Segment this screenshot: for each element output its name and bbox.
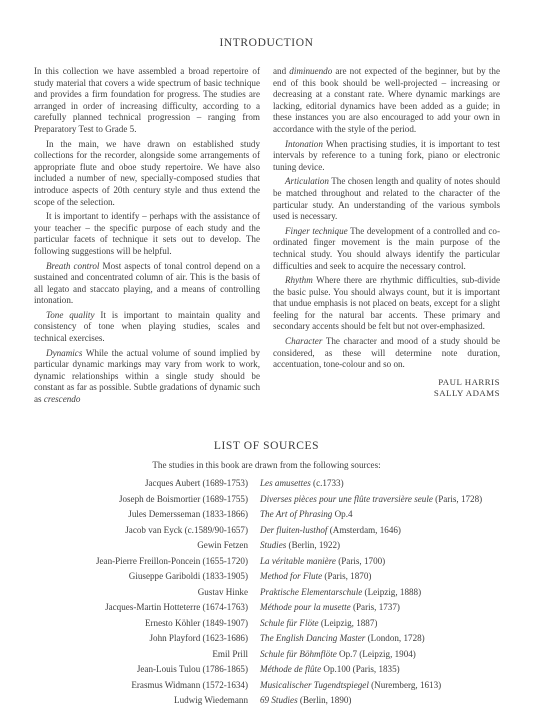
intro-paragraph-continuation: and diminuendo are not expected of the b…	[273, 66, 500, 136]
source-composer: Jacques-Martin Hotteterre (1674-1763)	[0, 600, 258, 616]
source-details: (Berlin, 1890)	[298, 695, 352, 705]
source-details: Op.7 (Leipzig, 1904)	[337, 649, 416, 659]
source-work: The Art of Phrasing Op.4	[258, 507, 533, 523]
source-work: The English Dancing Master (London, 1728…	[258, 631, 533, 647]
source-title: Diverses pièces pour une flûte traversiè…	[260, 494, 433, 504]
paragraph-heading: Rhythm	[285, 275, 313, 285]
source-row: Emil PrillSchule für Böhmflöte Op.7 (Lei…	[0, 647, 533, 663]
source-composer: Ernesto Köhler (1849-1907)	[0, 616, 258, 632]
source-title: The Art of Phrasing	[260, 509, 332, 519]
introduction-right-column: and diminuendo are not expected of the b…	[273, 66, 500, 400]
sources-intro: The studies in this book are drawn from …	[0, 460, 533, 470]
intro-paragraph-character: Character The character and mood of a st…	[273, 336, 500, 371]
intro-paragraph: In the main, we have drawn on establishe…	[34, 139, 260, 209]
paragraph-body: and	[273, 66, 289, 76]
intro-paragraph-intonation: Intonation When practising studies, it i…	[273, 139, 500, 174]
italic-term: crescendo	[44, 394, 81, 404]
source-row: Giuseppe Gariboldi (1833-1905)Method for…	[0, 569, 533, 585]
intro-paragraph-tone-quality: Tone quality It is important to maintain…	[34, 310, 260, 345]
paragraph-body: are not expected of the beginner, but by…	[273, 66, 500, 134]
source-row: Jacques Aubert (1689-1753)Les amusettes …	[0, 476, 533, 492]
source-composer: Jacques Aubert (1689-1753)	[0, 476, 258, 492]
source-row: Jacques-Martin Hotteterre (1674-1763)Mét…	[0, 600, 533, 616]
sources-list: Jacques Aubert (1689-1753)Les amusettes …	[0, 476, 533, 709]
paragraph-heading: Dynamics	[46, 348, 82, 358]
source-title: Musicalischer Tugendtspiegel	[260, 680, 369, 690]
author-signatures: PAUL HARRIS SALLY ADAMS	[273, 377, 500, 400]
source-row: Jean-Pierre Freillon-Poncein (1655-1720)…	[0, 554, 533, 570]
intro-paragraph-breath-control: Breath control Most aspects of tonal con…	[34, 261, 260, 307]
source-row: Gewin FetzenStudies (Berlin, 1922)	[0, 538, 533, 554]
source-composer: Jacob van Eyck (c.1589/90-1657)	[0, 523, 258, 539]
intro-paragraph-finger-technique: Finger technique The development of a co…	[273, 226, 500, 272]
intro-paragraph: It is important to identify – perhaps wi…	[34, 211, 260, 257]
author-name: PAUL HARRIS	[273, 377, 500, 389]
paragraph-heading: Intonation	[285, 139, 323, 149]
source-row: Joseph de Boismortier (1689-1755)Diverse…	[0, 492, 533, 508]
source-details: (Paris, 1870)	[322, 571, 371, 581]
source-row: Jean-Louis Tulou (1786-1865)Méthode de f…	[0, 662, 533, 678]
paragraph-heading: Articulation	[285, 176, 329, 186]
source-title: Schule für Flöte	[260, 618, 319, 628]
paragraph-heading: Finger technique	[285, 226, 348, 236]
source-details: (Berlin, 1922)	[286, 540, 340, 550]
paragraph-heading: Breath control	[46, 261, 99, 271]
source-work: Diverses pièces pour une flûte traversiè…	[258, 492, 533, 508]
source-title: Méthode pour la musette	[260, 602, 351, 612]
source-composer: Ludwig Wiedemann	[0, 693, 258, 709]
source-title: Praktische Elementarschule	[260, 587, 362, 597]
source-composer: Jean-Pierre Freillon-Poncein (1655-1720)	[0, 554, 258, 570]
source-details: (Leipzig, 1888)	[362, 587, 421, 597]
source-title: Schule für Böhmflöte	[260, 649, 337, 659]
source-title: Méthode de flûte	[260, 664, 321, 674]
source-composer: Gewin Fetzen	[0, 538, 258, 554]
source-work: 69 Studies (Berlin, 1890)	[258, 693, 533, 709]
source-details: (Paris, 1728)	[433, 494, 482, 504]
source-title: Method for Flute	[260, 571, 322, 581]
source-title: 69 Studies	[260, 695, 298, 705]
paragraph-heading: Character	[285, 336, 322, 346]
source-composer: John Playford (1623-1686)	[0, 631, 258, 647]
introduction-title: INTRODUCTION	[0, 37, 533, 49]
intro-paragraph-articulation: Articulation The chosen length and quali…	[273, 176, 500, 222]
source-details: Op.100 (Paris, 1835)	[321, 664, 400, 674]
source-work: Musicalischer Tugendtspiegel (Nuremberg,…	[258, 678, 533, 694]
source-title: Studies	[260, 540, 286, 550]
source-work: Méthode de flûte Op.100 (Paris, 1835)	[258, 662, 533, 678]
source-details: (Nuremberg, 1613)	[369, 680, 441, 690]
source-work: Les amusettes (c.1733)	[258, 476, 533, 492]
source-details: (c.1733)	[311, 478, 344, 488]
author-name: SALLY ADAMS	[273, 388, 500, 400]
source-row: Erasmus Widmann (1572-1634)Musicalischer…	[0, 678, 533, 694]
source-work: La véritable manière (Paris, 1700)	[258, 554, 533, 570]
source-work: Studies (Berlin, 1922)	[258, 538, 533, 554]
intro-paragraph-dynamics: Dynamics While the actual volume of soun…	[34, 348, 260, 406]
source-composer: Erasmus Widmann (1572-1634)	[0, 678, 258, 694]
source-title: La véritable manière	[260, 556, 336, 566]
source-work: Schule für Böhmflöte Op.7 (Leipzig, 1904…	[258, 647, 533, 663]
italic-term: diminuendo	[289, 66, 332, 76]
source-composer: Joseph de Boismortier (1689-1755)	[0, 492, 258, 508]
source-row: Ludwig Wiedemann69 Studies (Berlin, 1890…	[0, 693, 533, 709]
source-composer: Giuseppe Gariboldi (1833-1905)	[0, 569, 258, 585]
intro-paragraph: In this collection we have assembled a b…	[34, 66, 260, 136]
source-details: (London, 1728)	[365, 633, 424, 643]
source-composer: Jules Demersseman (1833-1866)	[0, 507, 258, 523]
source-composer: Jean-Louis Tulou (1786-1865)	[0, 662, 258, 678]
source-details: (Leipzig, 1887)	[319, 618, 378, 628]
source-row: Jacob van Eyck (c.1589/90-1657)Der fluit…	[0, 523, 533, 539]
source-work: Der fluiten-lusthof (Amsterdam, 1646)	[258, 523, 533, 539]
source-work: Schule für Flöte (Leipzig, 1887)	[258, 616, 533, 632]
source-composer: Gustav Hinke	[0, 585, 258, 601]
source-row: Gustav HinkePraktische Elementarschule (…	[0, 585, 533, 601]
source-work: Method for Flute (Paris, 1870)	[258, 569, 533, 585]
source-details: (Paris, 1737)	[351, 602, 400, 612]
source-details: (Paris, 1700)	[336, 556, 385, 566]
source-details: Op.4	[332, 509, 352, 519]
source-row: Ernesto Köhler (1849-1907)Schule für Flö…	[0, 616, 533, 632]
source-work: Praktische Elementarschule (Leipzig, 188…	[258, 585, 533, 601]
source-composer: Emil Prill	[0, 647, 258, 663]
source-title: Der fluiten-lusthof	[260, 525, 327, 535]
source-row: Jules Demersseman (1833-1866)The Art of …	[0, 507, 533, 523]
introduction-left-column: In this collection we have assembled a b…	[34, 66, 260, 409]
sources-title: LIST OF SOURCES	[0, 440, 533, 452]
source-work: Méthode pour la musette (Paris, 1737)	[258, 600, 533, 616]
source-title: The English Dancing Master	[260, 633, 365, 643]
source-details: (Amsterdam, 1646)	[327, 525, 401, 535]
source-title: Les amusettes	[260, 478, 311, 488]
source-row: John Playford (1623-1686)The English Dan…	[0, 631, 533, 647]
intro-paragraph-rhythm: Rhythm Where there are rhythmic difficul…	[273, 275, 500, 333]
paragraph-heading: Tone quality	[46, 310, 95, 320]
